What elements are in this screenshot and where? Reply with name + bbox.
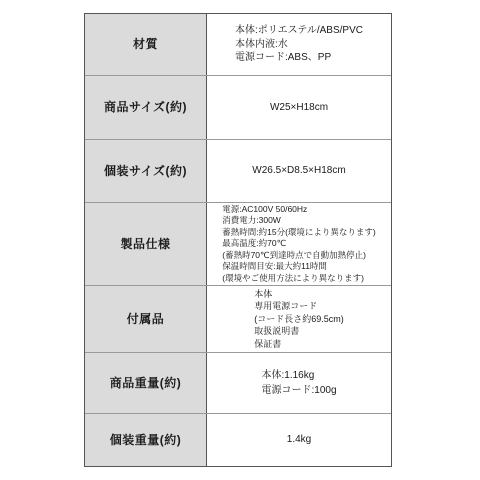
row-header-accessories: 付属品 [85, 286, 207, 352]
row-value-package-weight: 1.4kg [287, 433, 311, 447]
row-value-cell: 本体:1.16kg 電源コード:100g [207, 353, 391, 413]
row-value-specifications: 電源:AC100V 50/60Hz 消費電力:300W 蓄熱時間:約15分(環境… [222, 204, 375, 285]
table-row-package-weight: 個装重量(約) 1.4kg [85, 413, 391, 466]
row-value-cell: 1.4kg [207, 414, 391, 466]
table-row-accessories: 付属品 本体 専用電源コード (コード長さ約69.5cm) 取扱説明書 保証書 [85, 285, 391, 352]
spec-table: 材質 本体:ポリエステル/ABS/PVC 本体内液:水 電源コード:ABS、PP… [84, 13, 392, 467]
row-value-material: 本体:ポリエステル/ABS/PVC 本体内液:水 電源コード:ABS、PP [235, 24, 363, 65]
product-spec-page: 材質 本体:ポリエステル/ABS/PVC 本体内液:水 電源コード:ABS、PP… [0, 0, 480, 480]
row-value-cell: 電源:AC100V 50/60Hz 消費電力:300W 蓄熱時間:約15分(環境… [207, 203, 391, 285]
row-value-product-size: W25×H18cm [270, 101, 328, 115]
row-header-product-size: 商品サイズ(約) [85, 76, 207, 139]
row-value-cell: 本体:ポリエステル/ABS/PVC 本体内液:水 電源コード:ABS、PP [207, 14, 391, 75]
row-value-product-weight: 本体:1.16kg 電源コード:100g [261, 368, 336, 398]
table-row-specifications: 製品仕様 電源:AC100V 50/60Hz 消費電力:300W 蓄熱時間:約1… [85, 202, 391, 285]
row-header-material: 材質 [85, 14, 207, 75]
table-row-product-size: 商品サイズ(約) W25×H18cm [85, 75, 391, 139]
row-header-package-size: 個装サイズ(約) [85, 140, 207, 202]
row-header-specifications: 製品仕様 [85, 203, 207, 285]
row-value-package-size: W26.5×D8.5×H18cm [252, 164, 345, 178]
table-row-material: 材質 本体:ポリエステル/ABS/PVC 本体内液:水 電源コード:ABS、PP [85, 14, 391, 75]
row-value-cell: W26.5×D8.5×H18cm [207, 140, 391, 202]
row-value-cell: 本体 専用電源コード (コード長さ約69.5cm) 取扱説明書 保証書 [207, 286, 391, 352]
table-row-package-size: 個装サイズ(約) W26.5×D8.5×H18cm [85, 139, 391, 202]
row-header-product-weight: 商品重量(約) [85, 353, 207, 413]
row-value-accessories: 本体 専用電源コード (コード長さ約69.5cm) 取扱説明書 保証書 [254, 288, 344, 351]
table-row-product-weight: 商品重量(約) 本体:1.16kg 電源コード:100g [85, 352, 391, 413]
row-header-package-weight: 個装重量(約) [85, 414, 207, 466]
row-value-cell: W25×H18cm [207, 76, 391, 139]
